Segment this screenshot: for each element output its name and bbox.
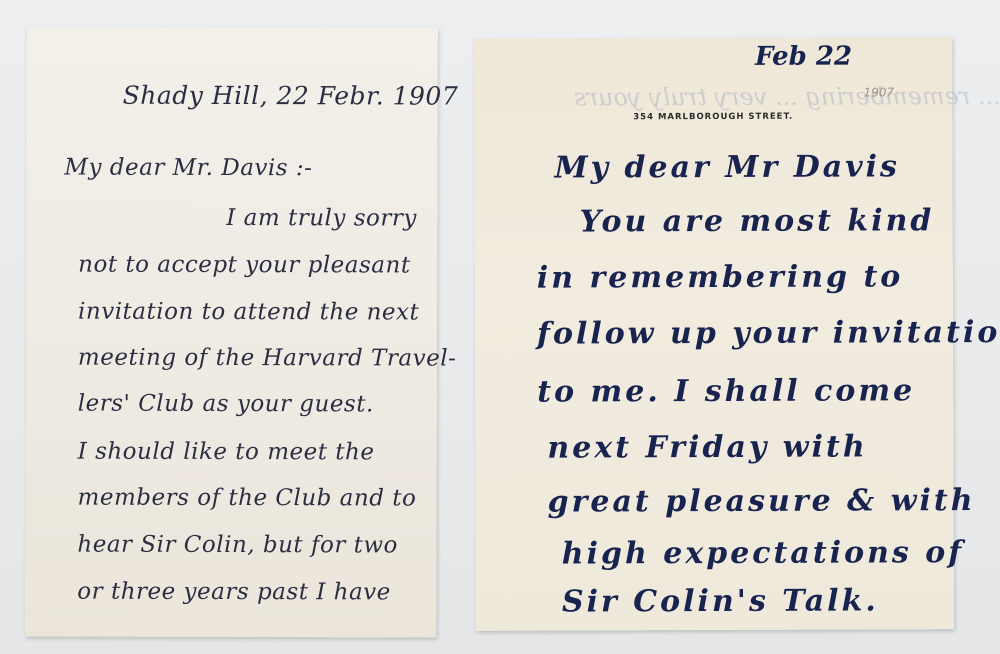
pencil-year-note: 1907 [864,85,895,99]
place-date: Shady Hill, 22 Febr. 1907 [123,81,459,111]
body-line: lers' Club as your guest. [78,391,374,418]
salutation: My dear Mr Davis [554,149,900,185]
body-line: You are most kind [580,203,935,239]
body-line: Sir Colin's Talk. [562,583,879,619]
date-note: Feb 22 [755,42,852,72]
body-line: high expectations of [562,535,964,571]
body-line: hear Sir Colin, but for two [77,532,398,559]
body-line: to me. I shall come [537,373,915,409]
letter-right: your invitation ... remembering ... very… [474,37,954,631]
salutation: My dear Mr. Davis :- [64,155,312,182]
body-line: not to accept your pleasant [78,252,410,279]
body-line: I should like to meet the [78,439,375,466]
body-line: in remembering to [537,259,904,295]
body-line: follow up your invitation [537,315,1000,352]
letter-left: Shady Hill, 22 Febr. 1907 My dear Mr. Da… [25,26,438,637]
body-line: meeting of the Harvard Travel- [78,345,456,372]
body-line: invitation to attend the next [78,299,419,326]
letterhead-address: 354 MARLBOROUGH STREET. [474,111,952,123]
body-line: or three years past I have [77,579,391,606]
body-line: I am truly sorry [226,205,417,231]
body-line: great pleasure & with [548,483,976,519]
body-line: members of the Club and to [78,485,417,512]
body-line: next Friday with [547,429,867,465]
